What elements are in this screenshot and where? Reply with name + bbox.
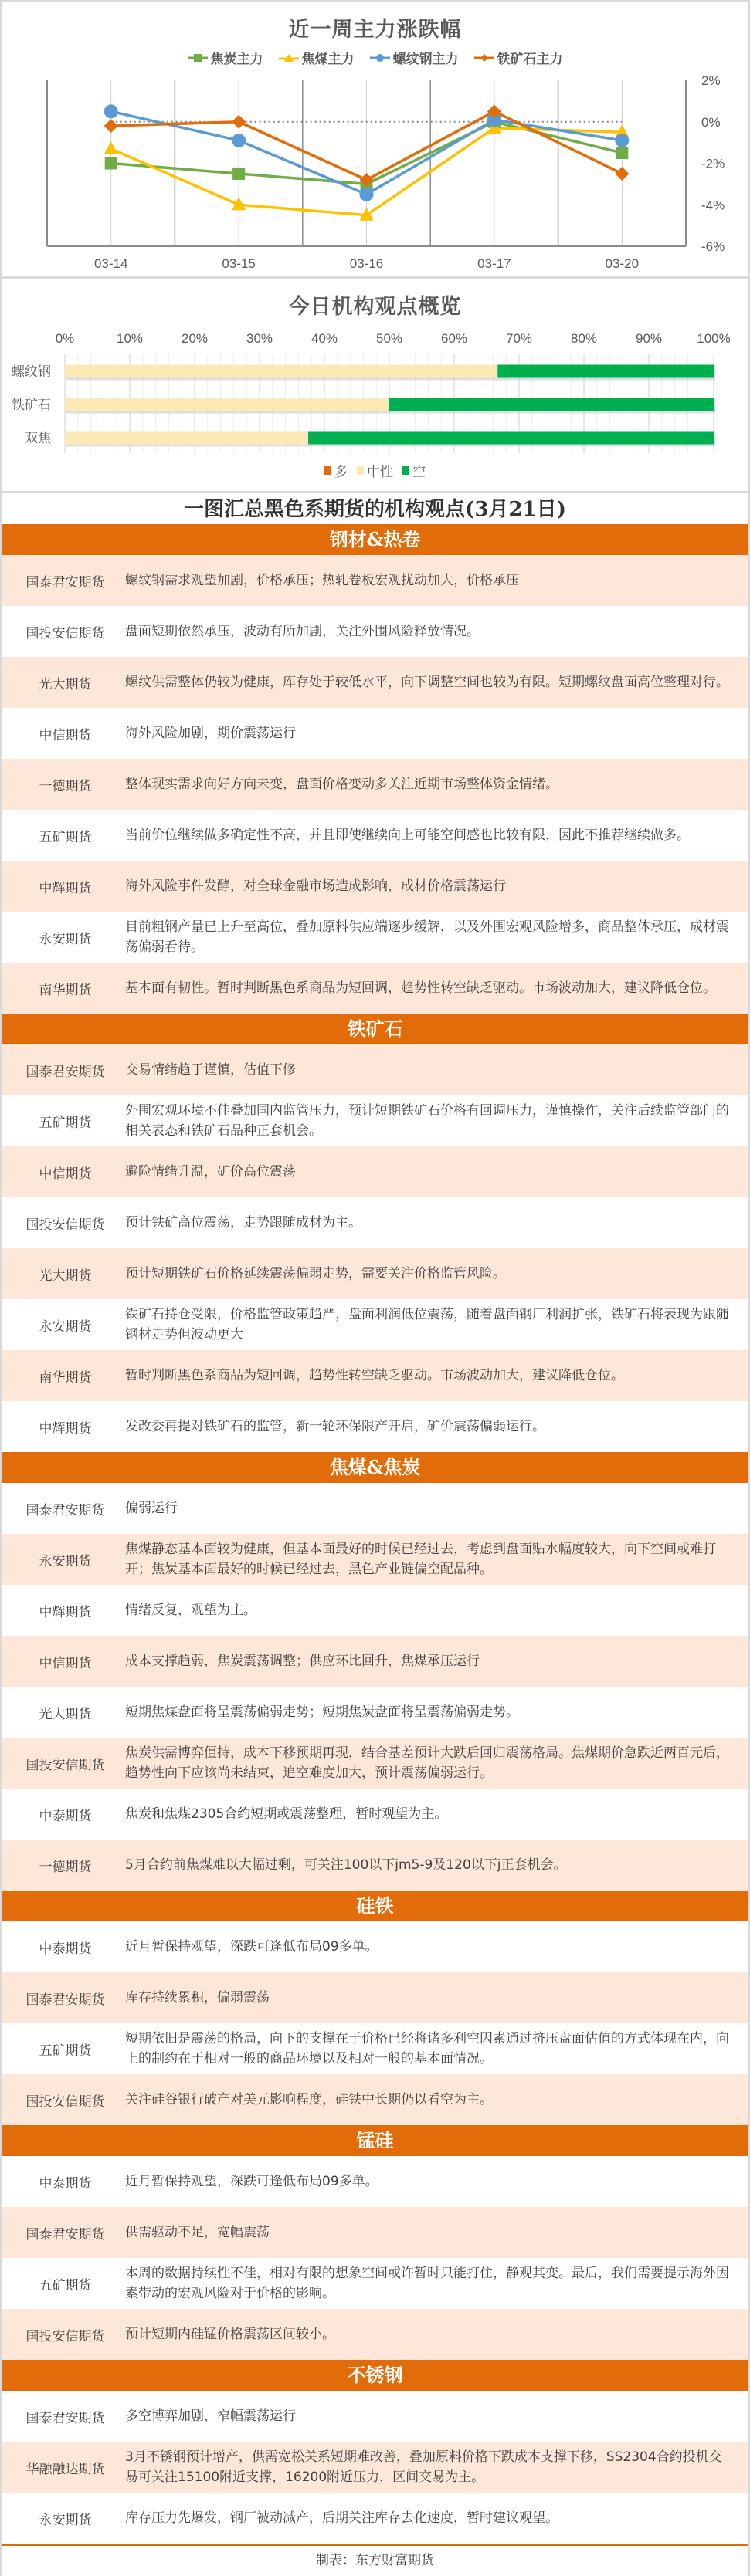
institution-name: 南华期货 bbox=[2, 1366, 125, 1386]
section-header: 硅铁 bbox=[2, 1891, 748, 1921]
institution-name: 中辉期货 bbox=[2, 877, 125, 896]
table-row: 五矿期货 本周的数据持续性不佳，相对有限的想象空间或许暂时只能打住，静观其变。最… bbox=[2, 2258, 748, 2309]
table-row: 国投安信期货 盘面短期依然承压，波动有所加剧，关注外围风险释放情况。 bbox=[2, 606, 748, 657]
institution-view: 预计短期内硅锰价格震荡区间较小。 bbox=[125, 2324, 748, 2344]
institution-view: 本周的数据持续性不佳，相对有限的想象空间或许暂时只能打住，静观其变。最后，我们需… bbox=[125, 2263, 748, 2304]
institution-name: 永安期货 bbox=[2, 928, 125, 947]
table-row: 国泰君安期货 库存持续累积，偏弱震荡 bbox=[2, 1972, 748, 2023]
institution-name: 国泰君安期货 bbox=[2, 1499, 125, 1518]
table-row: 五矿期货 外围宏观环境不佳叠加国内监管压力，预计短期铁矿石价格有回调压力，谨慎操… bbox=[2, 1095, 748, 1146]
institution-view: 焦炭供需博弈僵持，成本下移预期再现，结合基差预计大跌后回归震荡格局。焦煤期价急跌… bbox=[125, 1743, 748, 1783]
institution-view: 螺纹钢需求观望加剧，价格承压；热轧卷板宏观扰动加大，价格承压 bbox=[125, 570, 748, 591]
page: 近一周主力涨跌幅 焦炭主力 焦煤主力 螺纹钢主力 铁矿石主力 2%0%-2%-4… bbox=[0, 0, 750, 2576]
institution-view: 近月暂保持观望，深跌可逢低布局09多单。 bbox=[125, 2171, 748, 2192]
bar-segment bbox=[389, 398, 714, 411]
institution-view: 铁矿石持仓受限，价格监管政策趋严，盘面利润低位震荡，随着盘面钢厂利润扩张，铁矿石… bbox=[125, 1305, 748, 1345]
section: 钢材&热卷 国泰君安期货 螺纹钢需求观望加剧，价格承压；热轧卷板宏观扰动加大，价… bbox=[2, 524, 748, 1014]
institution-name: 一德期货 bbox=[2, 775, 125, 794]
institution-name: 国泰君安期货 bbox=[2, 2407, 125, 2426]
institution-name: 中信期货 bbox=[2, 724, 125, 743]
x-tick-label: 03-16 bbox=[350, 256, 383, 271]
institution-name: 中泰期货 bbox=[2, 2172, 125, 2192]
table-row: 中辉期货 海外风险事件发酵，对全球金融市场造成影响，成材价格震荡运行 bbox=[2, 861, 748, 912]
y-tick-label: 0% bbox=[701, 115, 721, 130]
table-row: 五矿期货 当前价位继续做多确定性不高，并且即使继续向上可能空间感也比较有限，因此… bbox=[2, 810, 748, 861]
institution-view: 情绪反复，观望为主。 bbox=[125, 1600, 748, 1620]
institution-name: 国投安信期货 bbox=[2, 1214, 125, 1233]
institution-name: 国投安信期货 bbox=[2, 622, 125, 641]
institution-view: 库存持续累积，偏弱震荡 bbox=[125, 1988, 748, 2008]
table-row: 国泰君安期货 多空博弈加剧，窄幅震荡运行 bbox=[2, 2391, 748, 2442]
section-rows: 国泰君安期货 多空博弈加剧，窄幅震荡运行 华融融达期货 3月不锈钢预计增产，供需… bbox=[2, 2391, 748, 2544]
institution-name: 国泰君安期货 bbox=[2, 1989, 125, 2008]
table-row: 国投安信期货 焦炭供需博弈僵持，成本下移预期再现，结合基差预计大跌后回归震荡格局… bbox=[2, 1738, 748, 1789]
section-rows: 中泰期货 近月暂保持观望，深跌可逢低布局09多单。 国泰君安期货 供需驱动不足，… bbox=[2, 2156, 748, 2360]
data-point-marker bbox=[104, 141, 118, 154]
table-row: 中泰期货 近月暂保持观望，深跌可逢低布局09多单。 bbox=[2, 2156, 748, 2207]
section: 铁矿石 国泰君安期货 交易情绪趋于谨慎，估值下修 五矿期货 外围宏观环境不佳叠加… bbox=[2, 1014, 748, 1452]
institution-view: 海外风险加剧，期价震荡运行 bbox=[125, 723, 748, 743]
legend-label: 中性 bbox=[367, 461, 393, 480]
x-tick-label: 20% bbox=[182, 331, 208, 346]
section-header: 铁矿石 bbox=[2, 1014, 748, 1044]
table-row: 中辉期货 情绪反复，观望为主。 bbox=[2, 1585, 748, 1636]
x-tick-label: 03-15 bbox=[222, 256, 255, 271]
x-tick-label: 40% bbox=[311, 331, 338, 346]
institution-view: 预计短期铁矿石价格延续震荡偏弱走势，需要关注价格监管风险。 bbox=[125, 1264, 748, 1284]
legend-label: 多 bbox=[334, 461, 348, 480]
institution-name: 中信期货 bbox=[2, 1163, 125, 1182]
institution-name: 光大期货 bbox=[2, 673, 125, 692]
page-title: 一图汇总黑色系期货的机构观点(3月21日) bbox=[2, 495, 748, 524]
institution-view: 短期焦煤盘面将呈震荡偏弱走势；短期焦炭盘面将呈震荡偏弱走势。 bbox=[125, 1702, 748, 1722]
legend-label: 空 bbox=[412, 461, 426, 480]
x-tick-label: 03-17 bbox=[477, 256, 511, 271]
institution-view: 基本面有韧性。暂时判断黑色系商品为短回调，趋势性转空缺乏驱动。市场波动加大，建议… bbox=[125, 978, 748, 998]
x-tick-label: 03-14 bbox=[94, 256, 127, 271]
x-tick-label: 0% bbox=[56, 331, 75, 346]
institution-view: 海外风险事件发酵，对全球金融市场造成影响，成材价格震荡运行 bbox=[125, 876, 748, 896]
section-header: 焦煤&焦炭 bbox=[2, 1452, 748, 1483]
section-rows: 国泰君安期货 螺纹钢需求观望加剧，价格承压；热轧卷板宏观扰动加大，价格承压 国投… bbox=[2, 555, 748, 1014]
short-swatch-icon bbox=[402, 466, 409, 475]
table-row: 中泰期货 焦炭和焦煤2305合约短期或震荡整理，暂时观望为主。 bbox=[2, 1789, 748, 1840]
institution-name: 中辉期货 bbox=[2, 1601, 125, 1620]
bar-segment bbox=[65, 432, 308, 445]
bar-segment bbox=[65, 365, 497, 378]
institution-name: 国泰君安期货 bbox=[2, 571, 125, 591]
section-header: 不锈钢 bbox=[2, 2360, 748, 2391]
opinion-table: 钢材&热卷 国泰君安期货 螺纹钢需求观望加剧，价格承压；热轧卷板宏观扰动加大，价… bbox=[2, 524, 748, 2544]
institution-name: 国投安信期货 bbox=[2, 1754, 125, 1773]
x-tick-label: 70% bbox=[506, 331, 532, 346]
category-label: 铁矿石 bbox=[12, 398, 51, 412]
institution-view: 目前粗钢产量已上升至高位，叠加原料供应端逐步缓解，以及外围宏观风险增多，商品整体… bbox=[125, 917, 748, 957]
institution-view: 发改委再提对铁矿石的监管，新一轮环保限产开启，矿价震荡偏弱运行。 bbox=[125, 1417, 748, 1437]
bar-segment bbox=[497, 365, 714, 378]
institution-name: 国投安信期货 bbox=[2, 2325, 125, 2344]
institution-name: 中泰期货 bbox=[2, 1938, 125, 1957]
x-tick-label: 03-20 bbox=[606, 256, 639, 271]
table-row: 中辉期货 发改委再提对铁矿石的监管，新一轮环保限产开启，矿价震荡偏弱运行。 bbox=[2, 1401, 748, 1452]
institution-view: 库存压力先爆发，钢厂被动减产，后期关注库存去化速度，暂时建议观望。 bbox=[125, 2508, 748, 2528]
institution-name: 永安期货 bbox=[2, 1550, 125, 1569]
table-row: 中泰期货 近月暂保持观望，深跌可逢低布局09多单。 bbox=[2, 1921, 748, 1972]
institution-view: 偏弱运行 bbox=[125, 1498, 748, 1518]
data-point-marker bbox=[105, 157, 117, 170]
table-row: 光大期货 螺纹供需整体仍较为健康，库存处于较低水平，向下调整空间也较为有限。短期… bbox=[2, 657, 748, 708]
table-row: 光大期货 短期焦煤盘面将呈震荡偏弱走势；短期焦炭盘面将呈震荡偏弱走势。 bbox=[2, 1687, 748, 1738]
table-row: 中信期货 避险情绪升温，矿价高位震荡 bbox=[2, 1146, 748, 1197]
section-rows: 中泰期货 近月暂保持观望，深跌可逢低布局09多单。 国泰君安期货 库存持续累积，… bbox=[2, 1921, 748, 2125]
table-row: 国泰君安期货 交易情绪趋于谨慎，估值下修 bbox=[2, 1044, 748, 1095]
table-row: 永安期货 铁矿石持仓受限，价格监管政策趋严，盘面利润低位震荡，随着盘面钢厂利润扩… bbox=[2, 1299, 748, 1350]
neutral-swatch-icon bbox=[357, 466, 364, 475]
institution-name: 五矿期货 bbox=[2, 1112, 125, 1131]
section-header: 锰硅 bbox=[2, 2125, 748, 2156]
institution-name: 国泰君安期货 bbox=[2, 2223, 125, 2243]
data-point-marker bbox=[616, 147, 628, 159]
institution-view: 多空博弈加剧，窄幅震荡运行 bbox=[125, 2406, 748, 2426]
institution-view: 供需驱动不足，宽幅震荡 bbox=[125, 2222, 748, 2243]
table-row: 华融融达期货 3月不锈钢预计增产，供需宽松关系短期难改善，叠加原料价格下跌成本支… bbox=[2, 2442, 748, 2493]
institution-name: 五矿期货 bbox=[2, 2274, 125, 2293]
institution-view: 整体现实需求向好方向未变，盘面价格变动多关注近期市场整体资金情绪。 bbox=[125, 774, 748, 794]
institution-view: 暂时判断黑色系商品为短回调，趋势性转空缺乏驱动。市场波动加大，建议降低仓位。 bbox=[125, 1366, 748, 1386]
institution-view: 3月不锈钢预计增产，供需宽松关系短期难改善，叠加原料价格下跌成本支撑下移，SS2… bbox=[125, 2447, 748, 2487]
line-chart-panel: 近一周主力涨跌幅 焦炭主力 焦煤主力 螺纹钢主力 铁矿石主力 2%0%-2%-4… bbox=[2, 0, 748, 279]
institution-name: 光大期货 bbox=[2, 1703, 125, 1722]
legend-item-short: 空 bbox=[402, 461, 426, 480]
x-tick-label: 50% bbox=[376, 331, 402, 346]
table-row: 中信期货 海外风险加剧，期价震荡运行 bbox=[2, 708, 748, 759]
table-row: 一德期货 整体现实需求向好方向未变，盘面价格变动多关注近期市场整体资金情绪。 bbox=[2, 759, 748, 810]
line-chart-plot: 2%0%-2%-4%-6%03-1403-1503-1603-1703-20 bbox=[2, 2, 748, 280]
institution-name: 中信期货 bbox=[2, 1652, 125, 1671]
table-row: 南华期货 基本面有韧性。暂时判断黑色系商品为短回调，趋势性转空缺乏驱动。市场波动… bbox=[2, 963, 748, 1014]
institution-name: 五矿期货 bbox=[2, 826, 125, 845]
section-rows: 国泰君安期货 偏弱运行 永安期货 焦煤静态基本面较为健康，但基本面最好的时候已经… bbox=[2, 1483, 748, 1891]
institution-name: 光大期货 bbox=[2, 1264, 125, 1284]
institution-view: 成本支撑趋弱，焦炭震荡调整；供应环比回升，焦煤承压运行 bbox=[125, 1651, 748, 1671]
institution-view: 关注硅谷银行破产对美元影响程度，硅铁中长期仍以看空为主。 bbox=[125, 2090, 748, 2110]
institution-name: 国泰君安期货 bbox=[2, 1061, 125, 1080]
bar-chart-legend: 多 中性 空 bbox=[2, 461, 748, 480]
y-tick-label: -4% bbox=[701, 198, 725, 212]
table-row: 永安期货 目前粗钢产量已上升至高位，叠加原料供应端逐步缓解，以及外围宏观风险增多… bbox=[2, 912, 748, 963]
y-tick-label: -6% bbox=[701, 239, 725, 254]
table-row: 国泰君安期货 螺纹钢需求观望加剧，价格承压；热轧卷板宏观扰动加大，价格承压 bbox=[2, 555, 748, 606]
institution-view: 螺纹供需整体仍较为健康，库存处于较低水平，向下调整空间也较为有限。短期螺纹盘面高… bbox=[125, 672, 748, 692]
institution-view: 预计铁矿高位震荡，走势跟随成材为主。 bbox=[125, 1213, 748, 1233]
institution-view: 近月暂保持观望，深跌可逢低布局09多单。 bbox=[125, 1937, 748, 1957]
section: 锰硅 中泰期货 近月暂保持观望，深跌可逢低布局09多单。 国泰君安期货 供需驱动… bbox=[2, 2125, 748, 2360]
institution-view: 当前价位继续做多确定性不高，并且即使继续向上可能空间感也比较有限，因此不推荐继续… bbox=[125, 825, 748, 845]
table-row: 永安期货 焦煤静态基本面较为健康，但基本面最好的时候已经过去，考虑到盘面贴水幅度… bbox=[2, 1534, 748, 1585]
y-tick-label: 2% bbox=[701, 73, 721, 88]
footer-credit: 制表：东方财富期货 bbox=[2, 2546, 748, 2576]
legend-item-neutral: 中性 bbox=[357, 461, 393, 480]
institution-name: 华融融达期货 bbox=[2, 2458, 125, 2477]
table-row: 国投安信期货 预计铁矿高位震荡，走势跟随成材为主。 bbox=[2, 1197, 748, 1248]
institution-view: 避险情绪升温，矿价高位震荡 bbox=[125, 1162, 748, 1182]
data-point-marker bbox=[232, 115, 246, 129]
institution-name: 永安期货 bbox=[2, 1315, 125, 1335]
bar-segment bbox=[308, 432, 714, 445]
institution-view: 短期依旧是震荡的格局，向下的支撑在于价格已经将诸多利空因素通过挤压盘面估值的方式… bbox=[125, 2029, 748, 2069]
table-row: 南华期货 暂时判断黑色系商品为短回调，趋势性转空缺乏驱动。市场波动加大，建议降低… bbox=[2, 1350, 748, 1401]
table-row: 光大期货 预计短期铁矿石价格延续震荡偏弱走势，需要关注价格监管风险。 bbox=[2, 1248, 748, 1299]
institution-name: 中辉期货 bbox=[2, 1417, 125, 1437]
section: 不锈钢 国泰君安期货 多空博弈加剧，窄幅震荡运行 华融融达期货 3月不锈钢预计增… bbox=[2, 2360, 748, 2544]
long-swatch-icon bbox=[324, 466, 331, 475]
section: 焦煤&焦炭 国泰君安期货 偏弱运行 永安期货 焦煤静态基本面较为健康，但基本面最… bbox=[2, 1452, 748, 1891]
x-tick-label: 90% bbox=[636, 331, 662, 346]
x-tick-label: 10% bbox=[117, 331, 143, 346]
table-row: 永安期货 库存压力先爆发，钢厂被动减产，后期关注库存去化速度，暂时建议观望。 bbox=[2, 2493, 748, 2544]
institution-view: 焦炭和焦煤2305合约短期或震荡整理，暂时观望为主。 bbox=[125, 1804, 748, 1824]
data-point-marker bbox=[232, 168, 245, 180]
institution-name: 五矿期货 bbox=[2, 2039, 125, 2059]
institution-view: 5月合约前焦煤难以大幅过剩，可关注100以下jm5-9及120以下j正套机会。 bbox=[125, 1855, 748, 1875]
table-row: 一德期货 5月合约前焦煤难以大幅过剩，可关注100以下jm5-9及120以下j正… bbox=[2, 1840, 748, 1891]
section: 硅铁 中泰期货 近月暂保持观望，深跌可逢低布局09多单。 国泰君安期货 库存持续… bbox=[2, 1891, 748, 2125]
data-point-marker bbox=[615, 134, 629, 147]
legend-item-long: 多 bbox=[324, 461, 348, 480]
bar-chart-panel: 今日机构观点概览 0%10%20%30%40%50%60%70%80%90%10… bbox=[2, 279, 748, 493]
data-point-marker bbox=[104, 104, 118, 118]
x-tick-label: 80% bbox=[571, 331, 597, 346]
institution-view: 外围宏观环境不佳叠加国内监管压力，预计短期铁矿石价格有回调压力，谨慎操作，关注后… bbox=[125, 1101, 748, 1141]
institution-view: 焦煤静态基本面较为健康，但基本面最好的时候已经过去，考虑到盘面贴水幅度较大，向下… bbox=[125, 1539, 748, 1579]
x-tick-label: 100% bbox=[697, 331, 730, 346]
institution-view: 盘面短期依然承压，波动有所加剧，关注外围风险释放情况。 bbox=[125, 621, 748, 641]
category-label: 螺纹钢 bbox=[12, 364, 51, 379]
data-point-marker bbox=[360, 188, 374, 201]
table-row: 中信期货 成本支撑趋弱，焦炭震荡调整；供应环比回升，焦煤承压运行 bbox=[2, 1636, 748, 1687]
table-row: 国投安信期货 关注硅谷银行破产对美元影响程度，硅铁中长期仍以看空为主。 bbox=[2, 2074, 748, 2125]
table-row: 国投安信期货 预计短期内硅锰价格震荡区间较小。 bbox=[2, 2309, 748, 2360]
x-tick-label: 60% bbox=[441, 331, 467, 346]
data-point-marker bbox=[615, 167, 629, 181]
y-tick-label: -2% bbox=[701, 157, 725, 171]
institution-name: 国投安信期货 bbox=[2, 2090, 125, 2110]
data-point-marker bbox=[232, 134, 246, 147]
institution-name: 一德期货 bbox=[2, 1856, 125, 1875]
table-row: 五矿期货 短期依旧是震荡的格局，向下的支撑在于价格已经将诸多利空因素通过挤压盘面… bbox=[2, 2023, 748, 2074]
institution-name: 永安期货 bbox=[2, 2509, 125, 2528]
section-rows: 国泰君安期货 交易情绪趋于谨慎，估值下修 五矿期货 外围宏观环境不佳叠加国内监管… bbox=[2, 1044, 748, 1452]
bar-segment bbox=[65, 398, 389, 411]
institution-name: 中泰期货 bbox=[2, 1805, 125, 1824]
table-row: 国泰君安期货 供需驱动不足，宽幅震荡 bbox=[2, 2207, 748, 2258]
institution-view: 交易情绪趋于谨慎，估值下修 bbox=[125, 1060, 748, 1080]
category-label: 双焦 bbox=[25, 431, 52, 445]
table-row: 国泰君安期货 偏弱运行 bbox=[2, 1483, 748, 1534]
x-tick-label: 30% bbox=[246, 331, 273, 346]
section-header: 钢材&热卷 bbox=[2, 524, 748, 555]
institution-name: 南华期货 bbox=[2, 979, 125, 998]
